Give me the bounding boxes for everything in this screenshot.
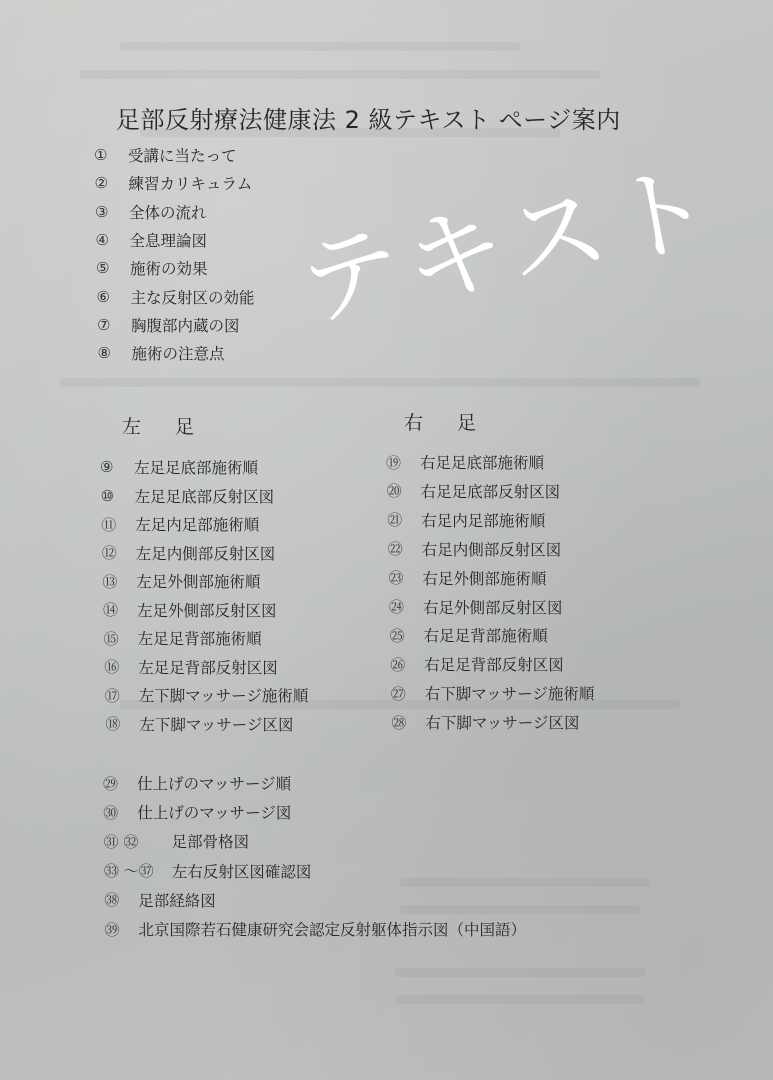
list-item: ㉕右足足背部施術順 [390,624,548,646]
item-label: 足部経絡図 [138,889,216,911]
item-number: ⑳ [387,480,411,501]
bleed-through-text [395,968,645,977]
list-item: ⑤施術の効果 [96,257,208,279]
item-number: ⑨ [100,458,124,476]
item-label: 左足足背部施術順 [138,627,262,649]
item-number: ⑩ [101,487,125,505]
list-item: ⑲右足足底部施術順 [386,451,544,473]
item-label: 足部骨格図 [172,830,250,852]
item-number: ㉘ [391,712,415,733]
item-number: ⑧ [98,344,122,362]
item-number: ㉖ [390,654,414,675]
item-label: 右足外側部施術順 [422,567,546,589]
item-label: 受講に当たって [128,144,237,166]
item-label: 右足足背部施術順 [424,624,548,646]
list-item: ㉝ ～㊲左右反射区図確認図 [104,860,312,882]
list-item: ③全体の流れ [95,201,207,223]
item-label: 左足足背部反射区図 [138,656,278,678]
item-number: ㉒ [388,538,412,559]
bleed-through-text [60,378,700,387]
item-number: ㉑ [387,509,411,530]
item-number: ㉓ [388,567,412,588]
list-item: ㉘右下脚マッサージ区図 [391,711,579,733]
item-number: ① [94,146,118,164]
list-item: ㉛ ㉜足部骨格図 [104,830,250,852]
list-item: ⑪左足内足部施術順 [101,513,259,535]
list-item: ⑫左足内側部反射区図 [102,542,276,564]
item-label: 左足内側部反射区図 [136,542,276,564]
item-label: 左右反射区図確認図 [172,860,312,882]
item-label: 主な反射区の効能 [131,286,255,308]
item-label: 左下脚マッサージ区図 [139,713,293,735]
item-number: ㉝ ～㊲ [104,860,162,881]
item-number: ② [95,174,119,192]
bleed-through-text [395,995,645,1004]
item-number: ⑱ [105,713,129,734]
list-item: ㉓右足外側部施術順 [388,567,546,589]
item-label: 右足足底部施術順 [420,451,544,473]
item-label: 右足外側部反射区図 [423,596,563,618]
item-number: ⑯ [104,656,128,677]
bleed-through-text [400,905,640,914]
list-item: ⑨左足足底部施術順 [100,456,258,478]
item-number: ㉙ [103,773,127,794]
item-number: ㊴ [105,919,129,940]
list-item: ⑮左足足背部施術順 [104,627,262,649]
item-label: 仕上げのマッサージ図 [137,801,291,823]
item-label: 施術の効果 [130,257,208,279]
item-number: ⑲ [386,452,410,473]
item-label: 胸腹部内蔵の図 [131,314,240,336]
list-item: ⑬左足外側部施術順 [102,570,260,592]
list-item: ④全息理論図 [96,229,208,251]
item-number: ⑥ [97,288,121,306]
item-number: ⑮ [104,628,128,649]
item-label: 右足内側部反射区図 [422,538,562,560]
page-title: 足部反射療法健康法 2 級テキスト ページ案内 [116,100,621,135]
item-number: ㉕ [390,625,414,646]
bleed-through-text [80,70,600,79]
item-number: ㉔ [389,596,413,617]
list-item: ⑱左下脚マッサージ区図 [105,713,293,735]
item-label: 練習カリキュラム [129,172,253,194]
list-item: ⑥主な反射区の効能 [97,286,255,308]
list-item: ⑦胸腹部内蔵の図 [97,314,240,336]
item-number: ⑬ [102,571,126,592]
list-item: ⑳右足足底部反射区図 [387,480,561,502]
item-label: 左足外側部施術順 [136,570,260,592]
item-number: ⑭ [103,599,127,620]
watermark-text: テキスト [286,126,728,348]
item-label: 右足足背部反射区図 [424,653,564,675]
bleed-through-text [400,878,650,887]
list-item: ⑩左足足底部反射区図 [101,485,275,507]
item-number: ⑪ [101,514,125,535]
list-item: ㉖右足足背部反射区図 [390,653,564,675]
item-label: 左足外側部反射区図 [137,599,277,621]
list-item: ②練習カリキュラム [95,172,253,194]
item-number: ⑫ [102,542,126,563]
item-number: ⑤ [96,259,120,277]
item-label: 右下脚マッサージ施術順 [425,682,595,704]
list-item: ㉗右下脚マッサージ施術順 [391,682,595,704]
list-item: ①受講に当たって [94,144,237,166]
item-label: 全息理論図 [130,229,208,251]
item-label: 右下脚マッサージ区図 [425,711,579,733]
list-item: ㉙仕上げのマッサージ順 [103,772,291,794]
item-number: ④ [96,231,120,249]
item-number: ⑦ [97,316,121,334]
list-item: ㉑右足内足部施術順 [387,509,545,531]
item-label: 左足内足部施術順 [135,513,259,535]
item-number: ㉚ [103,802,127,823]
list-item: ㉔右足外側部反射区図 [389,596,563,618]
list-item: ⑰左下脚マッサージ施術順 [105,684,309,706]
list-item: ㊴北京国際若石健康研究会認定反射躯体指示図（中国語） [105,918,527,940]
item-label: 右足内足部施術順 [421,509,545,531]
item-label: 施術の注意点 [132,342,225,364]
list-item: ⑭左足外側部反射区図 [103,599,277,621]
left-foot-heading: 左 足 [122,412,208,439]
list-item: ㊳足部経絡図 [104,889,216,911]
item-number: ㊳ [104,889,128,910]
item-label: 左足足底部反射区図 [135,485,275,507]
item-number: ㉗ [391,683,415,704]
item-number: ㉛ ㉜ [104,831,162,852]
item-number: ⑰ [105,685,129,706]
list-item: ㉚仕上げのマッサージ図 [103,801,291,823]
item-label: 右足足底部反射区図 [421,480,561,502]
bleed-through-text [120,42,520,51]
list-item: ㉒右足内側部反射区図 [388,538,562,560]
right-foot-heading: 右 足 [404,408,490,435]
list-item: ⑯左足足背部反射区図 [104,656,278,678]
list-item: ⑧施術の注意点 [98,342,225,364]
item-label: 北京国際若石健康研究会認定反射躯体指示図（中国語） [139,918,527,940]
item-label: 全体の流れ [129,201,207,223]
item-number: ③ [95,203,119,221]
item-label: 左足足底部施術順 [134,456,258,478]
item-label: 左下脚マッサージ施術順 [139,684,309,706]
item-label: 仕上げのマッサージ順 [137,772,291,794]
